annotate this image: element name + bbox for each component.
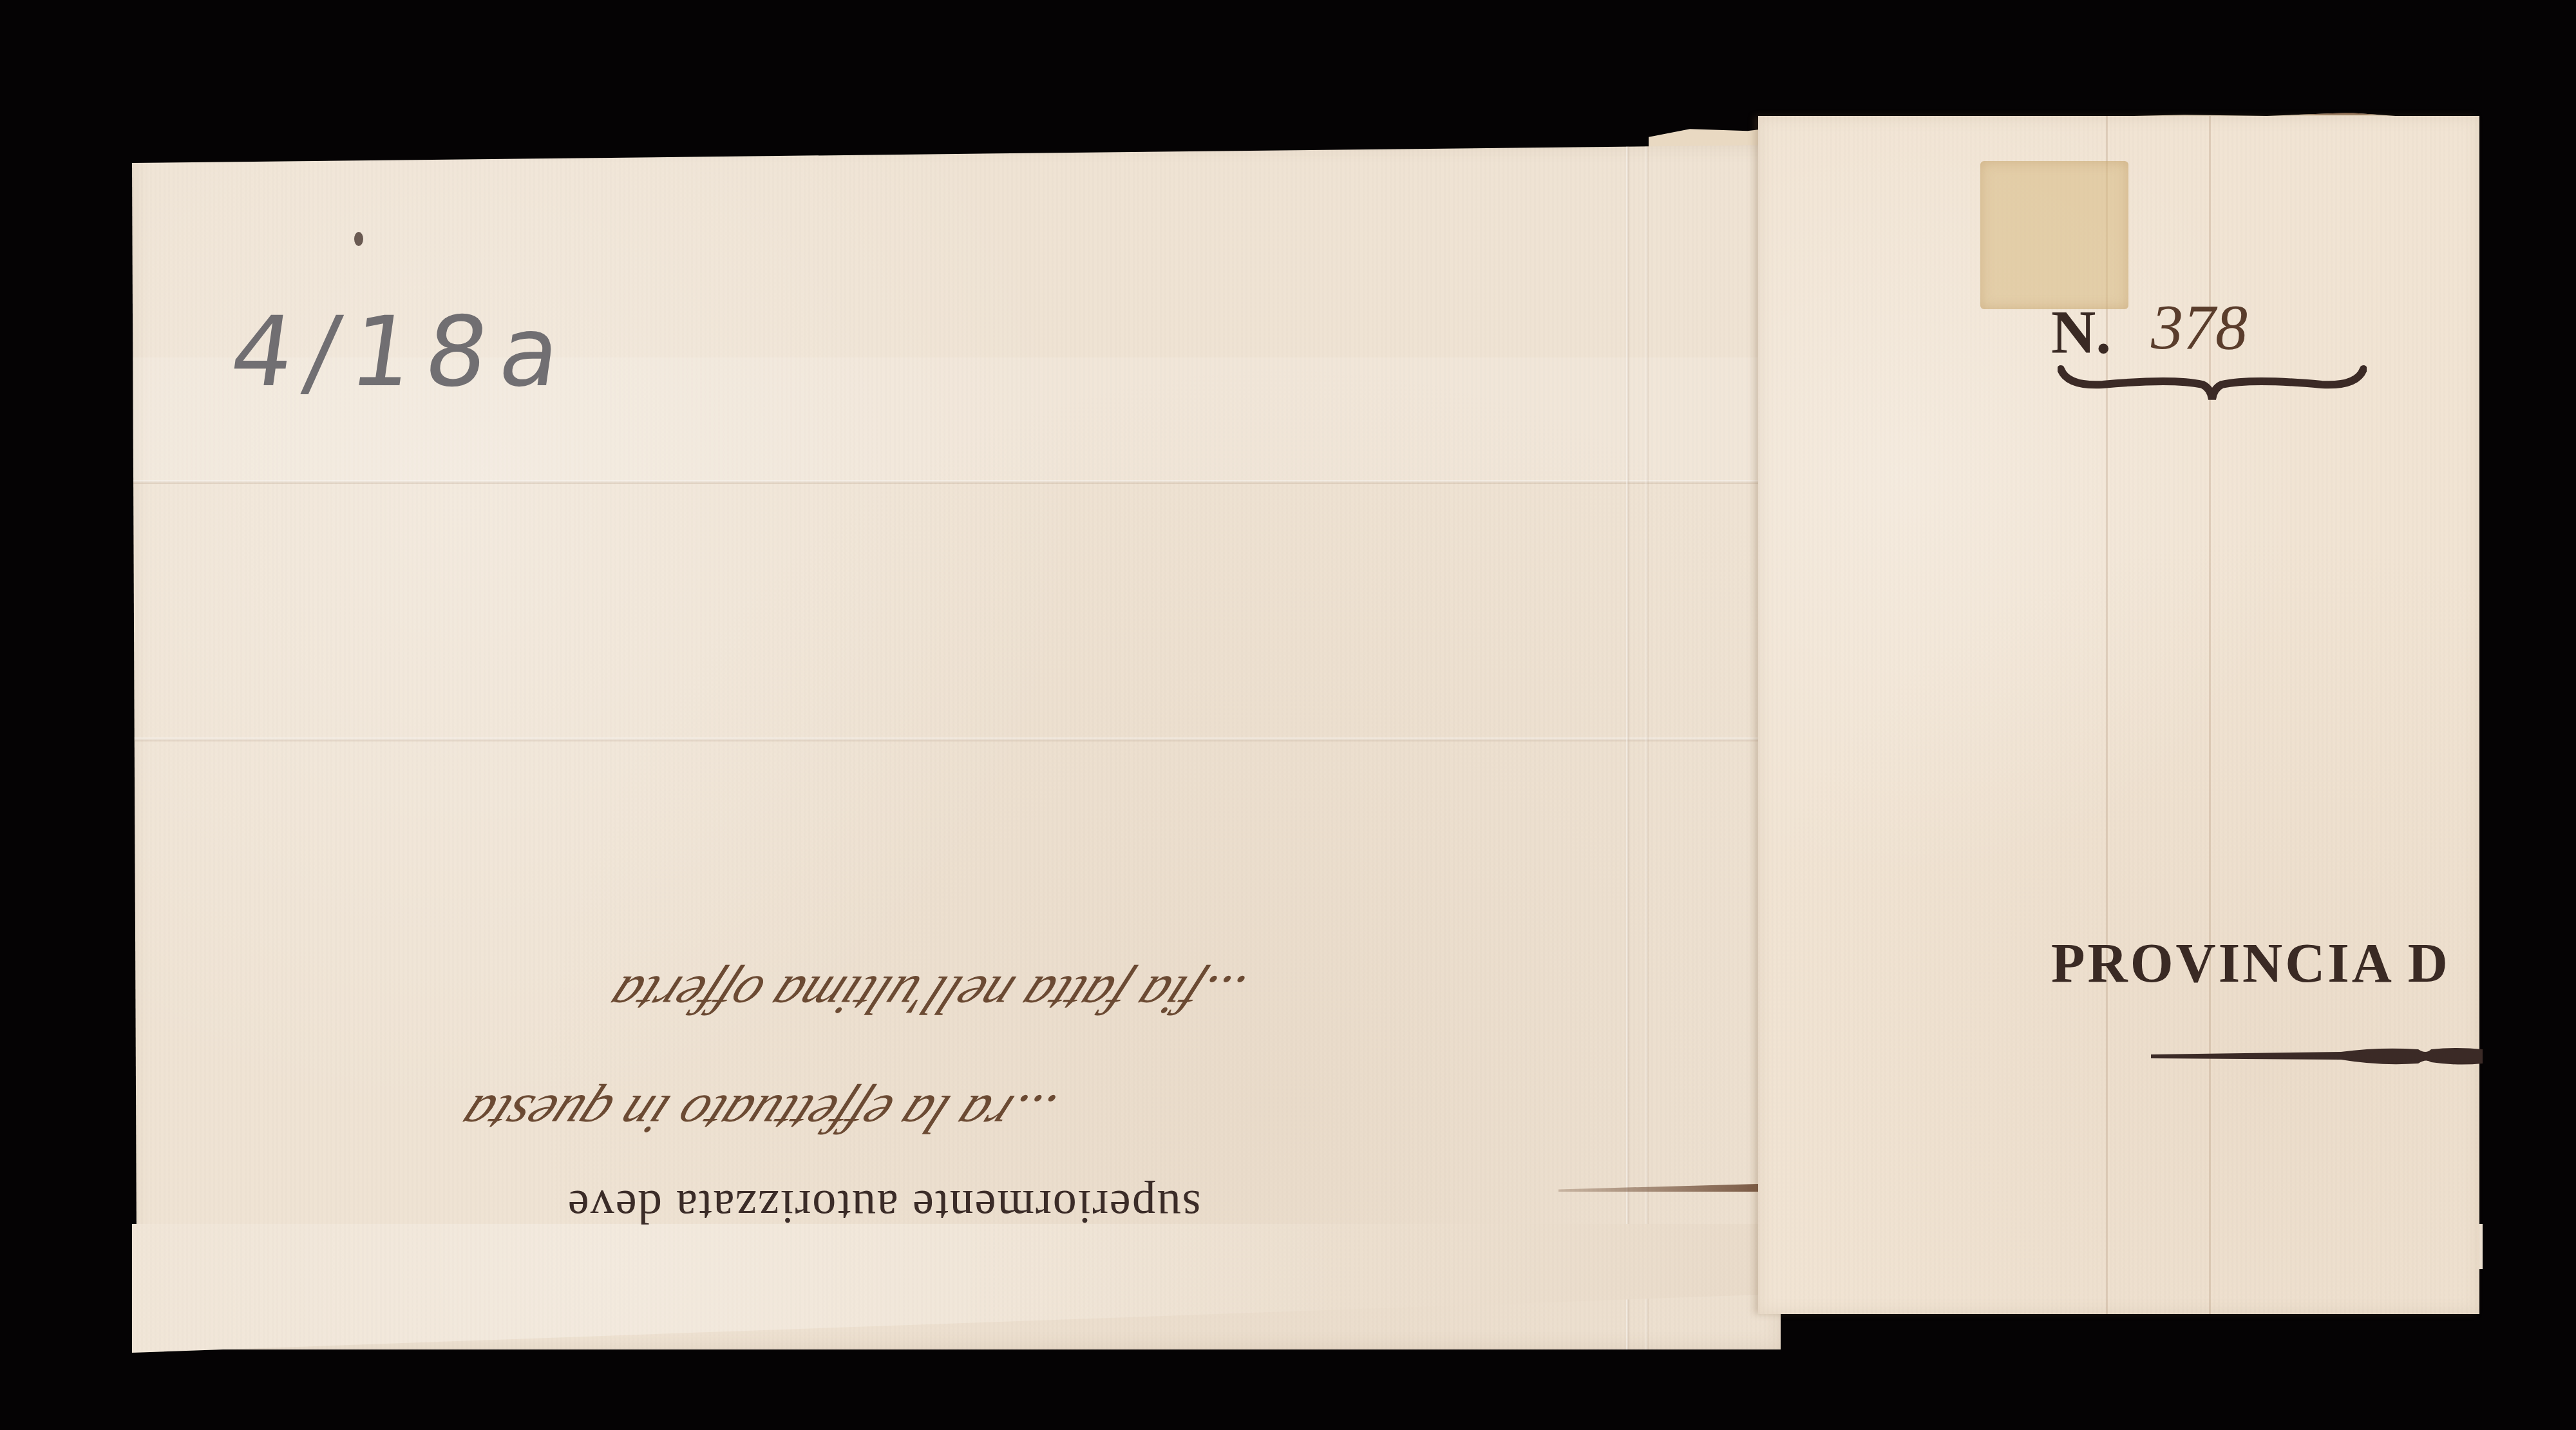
fold-crease-vertical [1626,145,1629,1349]
province-heading: PROVINCIA D [2051,931,2483,995]
pencil-archive-reference: 4/18a [224,296,580,408]
fold-crease-horizontal [132,738,1781,741]
ink-speck [354,232,363,246]
printed-line-inverted: superiormente autorizzata deve [567,1179,1201,1234]
fold-crease-vertical [1645,145,1649,1349]
swell-rule-ornament [2148,1040,2483,1072]
manuscript-line-inverted-1: ...fia fatta nell'ultima offerta [597,963,1255,1027]
front-flap: N. 378 PROVINCIA D [1758,116,2479,1314]
number-label: N. [2051,296,2111,368]
manuscript-line-inverted-2: ...ra la effettuato in questa [449,1082,1065,1147]
brace-ornament [2058,364,2367,403]
wafer-seal-stain [1980,161,2128,309]
fold-crease-horizontal [132,480,1781,484]
registration-number: 378 [2151,290,2248,364]
